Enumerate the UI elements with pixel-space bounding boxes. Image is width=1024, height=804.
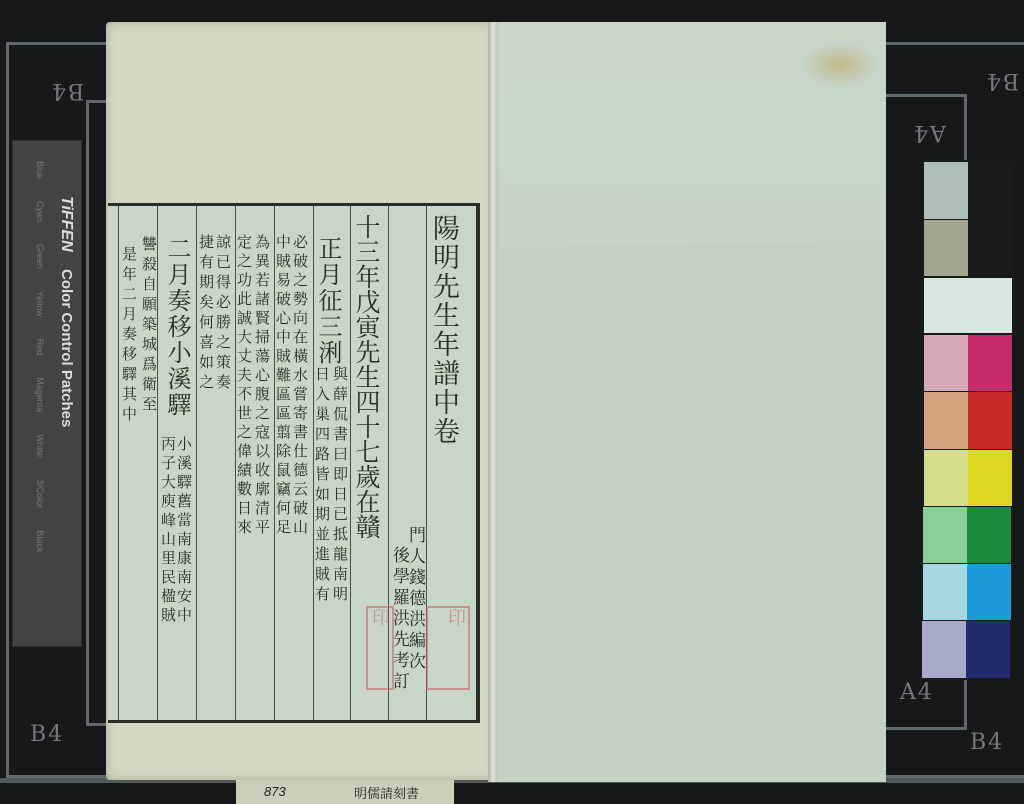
patch-light-cyan	[923, 564, 967, 620]
catalog-number: 873	[264, 784, 286, 799]
tiffen-title: Color Control Patches	[58, 269, 75, 427]
catalog-label-slip: 873 明儒請刻書	[236, 780, 454, 804]
text-col-5: 定之功此誠大丈夫不世之偉績數日來	[236, 234, 251, 538]
color-name: Magenta	[35, 377, 45, 412]
volume-heading: 陽明先生年譜中卷	[430, 214, 457, 446]
patch-white	[924, 278, 1012, 333]
guide-label-a4-bottom-right: A4	[900, 680, 934, 705]
tiffen-brand: TiFFEN	[57, 196, 75, 252]
patch-cyan	[967, 564, 1011, 620]
guide-label-b4-bottom-left: B4	[30, 722, 64, 747]
color-patch-chart	[921, 160, 1013, 680]
printed-text-block: 陽明先生年譜中卷 門人錢德洪編次 後學羅洪先考訂 十三年戊寅先生四十七歲在贛 正…	[108, 203, 480, 723]
paper-stain	[800, 42, 880, 87]
patch-black	[968, 162, 1012, 219]
patch-yellow	[968, 450, 1012, 506]
guide-label-b4-top-left: B4	[50, 78, 84, 103]
patch-light-gray	[924, 162, 968, 219]
patch-light-red	[924, 392, 968, 449]
color-name: Black	[35, 530, 45, 552]
text-col-8: 小溪驛舊當南康南安中	[176, 436, 191, 626]
right-page-fold	[500, 240, 884, 776]
text-col-11: 是年二月奏移驛其中	[121, 246, 136, 426]
patch-magenta	[968, 335, 1012, 391]
patch-black-2	[968, 220, 1012, 276]
text-col-1a: 與薛侃書曰即日已抵龍南明	[332, 366, 347, 606]
patch-mid-gray	[924, 220, 968, 276]
patch-light-blue	[922, 621, 966, 678]
color-name: Cyan	[35, 201, 45, 222]
entry-heading-2: 二月奏移小溪驛	[165, 236, 189, 418]
patch-light-magenta	[924, 335, 968, 391]
text-col-1b: 日入巢四路皆如期並進賊有	[314, 366, 329, 606]
color-name: Yellow	[35, 291, 45, 317]
patch-green	[967, 507, 1011, 563]
color-name: Red	[35, 339, 45, 356]
color-name: Green	[35, 244, 45, 269]
text-col-7: 捷有期矣何喜如之	[198, 234, 213, 394]
text-col-9: 丙子大庾峰山里民楹賊	[160, 436, 175, 626]
book-spine	[488, 22, 498, 782]
text-col-3: 中賊易破心中賊難區區翦除鼠竊何足	[275, 234, 290, 538]
year-heading: 十三年戊寅先生四十七歲在贛	[354, 214, 379, 539]
tiffen-color-names: Blue Cyan Green Yellow Red Magenta White…	[35, 161, 45, 552]
text-col-6: 諒已得必勝之策奏	[215, 234, 230, 394]
patch-red	[968, 392, 1012, 449]
text-col-2: 必破之勢向在橫水嘗寄書仕德云破山	[292, 234, 307, 538]
color-name: White	[35, 434, 45, 457]
tiffen-color-strip: TiFFEN Color Control Patches Blue Cyan G…	[12, 140, 82, 647]
patch-light-green	[923, 507, 967, 563]
entry-heading-1: 正月征三浰	[316, 236, 340, 366]
text-col-10: 讐殺自願築城爲衛至	[141, 236, 156, 416]
patch-light-yellow	[924, 450, 968, 506]
guide-label-b4-top-right: B4	[985, 68, 1019, 93]
color-name: Blue	[35, 161, 45, 179]
red-seal-1: 印	[366, 606, 394, 690]
catalog-title: 明儒請刻書	[354, 783, 419, 802]
red-seal-2: 印	[426, 606, 470, 690]
guide-label-a4-top-right: A4	[912, 120, 946, 145]
patch-blue	[966, 621, 1010, 678]
text-col-4: 為異若諸賢掃蕩心腹之寇以收廓清平	[254, 234, 269, 538]
guide-label-b4-bottom-right: B4	[970, 730, 1004, 755]
color-name: 3/Color	[35, 479, 45, 508]
